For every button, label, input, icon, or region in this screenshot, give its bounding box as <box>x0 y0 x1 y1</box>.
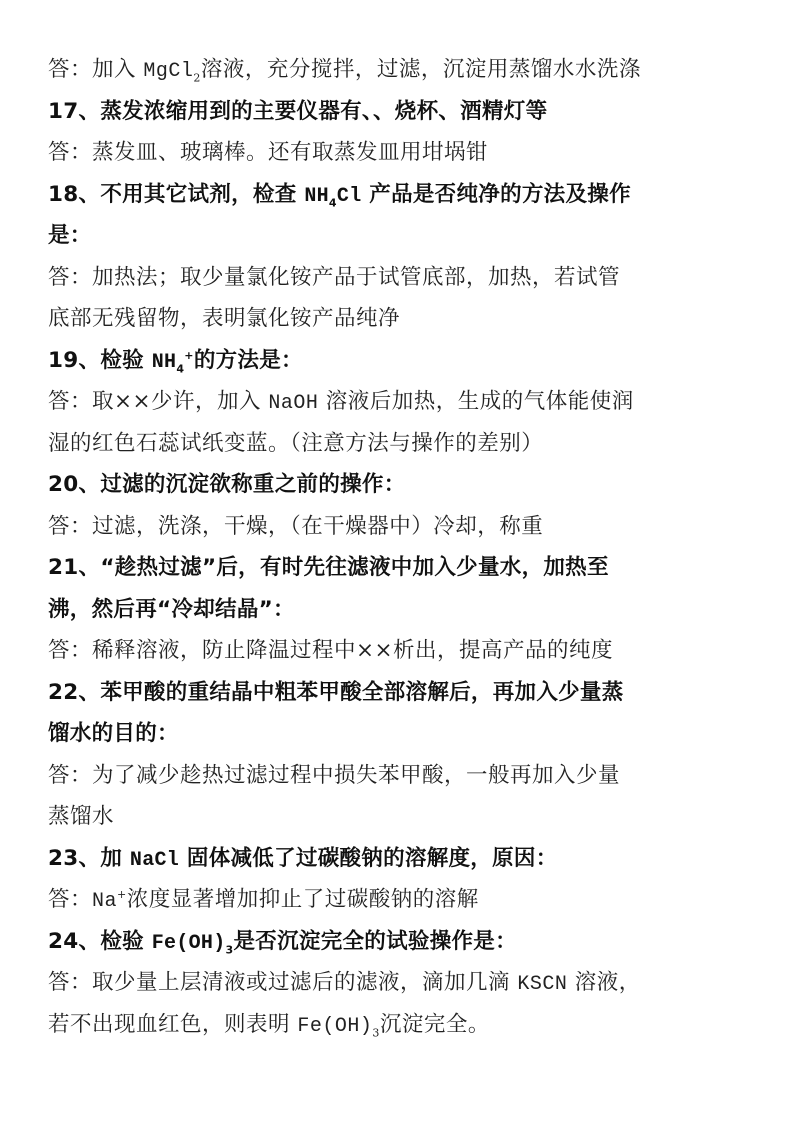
formula-part: Cl <box>337 185 362 208</box>
question-18-line2: 是： <box>48 215 748 257</box>
answer-18-line2: 底部无残留物，表明氯化铵产品纯净 <box>48 298 748 340</box>
subscript: 4 <box>329 196 337 209</box>
text: 沉淀完全。 <box>380 1012 490 1037</box>
superscript: + <box>117 888 127 901</box>
question-21-line2: 沸，然后再“冷却结晶”： <box>48 589 748 631</box>
text: 答：取××少许，加入 <box>48 389 268 414</box>
answer-19-line1: 答：取××少许，加入 NaOH 溶液后加热，生成的气体能使润 <box>48 381 748 423</box>
answer-22-line1: 答：为了减少趁热过滤过程中损失苯甲酸，一般再加入少量 <box>48 755 748 797</box>
answer-24-line1: 答：取少量上层清液或过滤后的滤液，滴加几滴 KSCN 溶液， <box>48 962 748 1004</box>
superscript: + <box>184 348 194 361</box>
question-20: 20、过滤的沉淀欲称重之前的操作： <box>48 464 748 506</box>
subscript: 3 <box>226 943 234 956</box>
question-18-line1: 18、不用其它试剂，检查 NH4Cl 产品是否纯净的方法及操作 <box>48 174 748 216</box>
question-22-line2: 馏水的目的： <box>48 713 748 755</box>
text: 若不出现血红色，则表明 <box>48 1012 297 1037</box>
formula-nh4-ion: NH <box>152 351 177 374</box>
question-21-line1: 21、“趁热过滤”后，有时先往滤液中加入少量水，加热至 <box>48 547 748 589</box>
text: 答：取少量上层清液或过滤后的滤液，滴加几滴 <box>48 970 517 995</box>
document-page: 答：加入 MgCl2溶液，充分搅拌，过滤，沉淀用蒸馏水水洗涤 17、蒸发浓缩用到… <box>48 49 748 1045</box>
formula-kscn: KSCN <box>517 973 567 996</box>
text: 溶液后加热，生成的气体能使润 <box>318 389 633 414</box>
text: 的方法是： <box>194 348 303 373</box>
answer-22-line2: 蒸馏水 <box>48 796 748 838</box>
text: 溶液， <box>567 970 640 995</box>
text: 24、检验 <box>48 929 152 954</box>
text: 18、不用其它试剂，检查 <box>48 182 304 207</box>
text: 浓度显著增加抑止了过碳酸钠的溶解 <box>127 887 479 912</box>
answer-18-line1: 答：加热法；取少量氯化铵产品于试管底部，加热，若试管 <box>48 257 748 299</box>
formula-na-ion: Na <box>92 890 117 913</box>
answer-16-line: 答：加入 MgCl2溶液，充分搅拌，过滤，沉淀用蒸馏水水洗涤 <box>48 49 748 91</box>
subscript: 2 <box>193 71 201 84</box>
formula-mgcl2: MgCl <box>143 60 193 83</box>
question-17: 17、蒸发浓缩用到的主要仪器有、、烧杯、酒精灯等 <box>48 91 748 133</box>
formula-feoh3: Fe(OH) <box>152 932 226 955</box>
formula-nh4cl: NH <box>304 185 329 208</box>
subscript: 3 <box>372 1026 380 1039</box>
text: 答：加入 <box>48 57 143 82</box>
question-24: 24、检验 Fe(OH)3是否沉淀完全的试验操作是： <box>48 921 748 963</box>
question-23: 23、加 NaCl 固体减低了过碳酸钠的溶解度，原因： <box>48 838 748 880</box>
answer-17: 答：蒸发皿、玻璃棒。还有取蒸发皿用坩埚钳 <box>48 132 748 174</box>
answer-23: 答：Na+浓度显著增加抑止了过碳酸钠的溶解 <box>48 879 748 921</box>
question-19: 19、检验 NH4+的方法是： <box>48 340 748 382</box>
text: 固体减低了过碳酸钠的溶解度，原因： <box>179 846 557 871</box>
question-22-line1: 22、苯甲酸的重结晶中粗苯甲酸全部溶解后，再加入少量蒸 <box>48 672 748 714</box>
text: 产品是否纯净的方法及操作 <box>362 182 631 207</box>
text: 答： <box>48 887 92 912</box>
formula-nacl: NaCl <box>130 849 179 872</box>
answer-20: 答：过滤，洗涤，干燥，（在干燥器中）冷却，称重 <box>48 506 748 548</box>
text: 23、加 <box>48 846 130 871</box>
answer-21: 答：稀释溶液，防止降温过程中××析出，提高产品的纯度 <box>48 630 748 672</box>
text: 19、检验 <box>48 348 152 373</box>
text: 是否沉淀完全的试验操作是： <box>234 929 517 954</box>
subscript: 4 <box>176 362 184 375</box>
formula-feoh3: Fe(OH) <box>297 1015 372 1038</box>
text: 溶液，充分搅拌，过滤，沉淀用蒸馏水水洗涤 <box>201 57 641 82</box>
formula-naoh: NaOH <box>268 392 318 415</box>
answer-19-line2: 湿的红色石蕊试纸变蓝。（注意方法与操作的差别） <box>48 423 748 465</box>
answer-24-line2: 若不出现血红色，则表明 Fe(OH)3沉淀完全。 <box>48 1004 748 1046</box>
